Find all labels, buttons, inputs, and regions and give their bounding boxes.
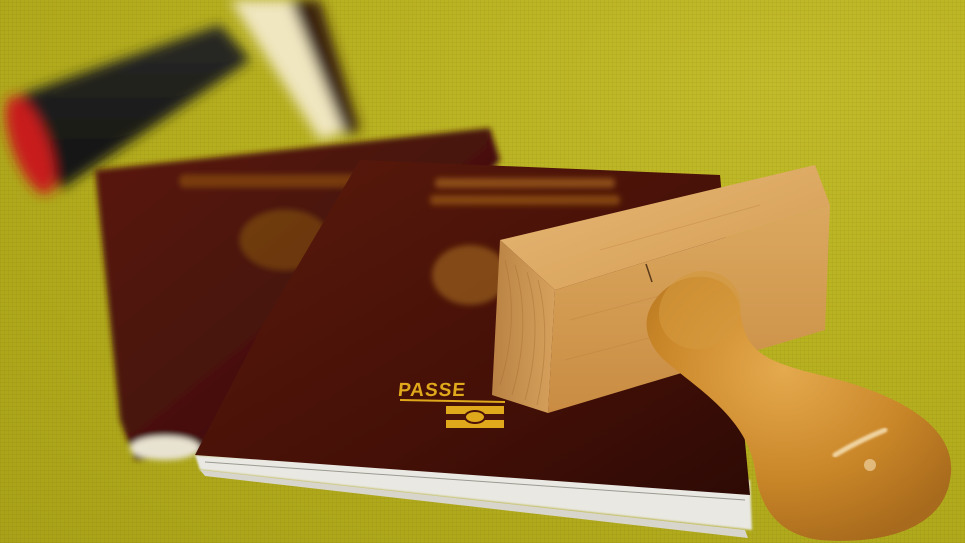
biometric-chip-icon bbox=[446, 406, 504, 428]
photo-illustration bbox=[0, 0, 965, 543]
photo-scene: PASSE bbox=[0, 0, 965, 543]
passport-cover-text: PASSE bbox=[397, 380, 467, 402]
